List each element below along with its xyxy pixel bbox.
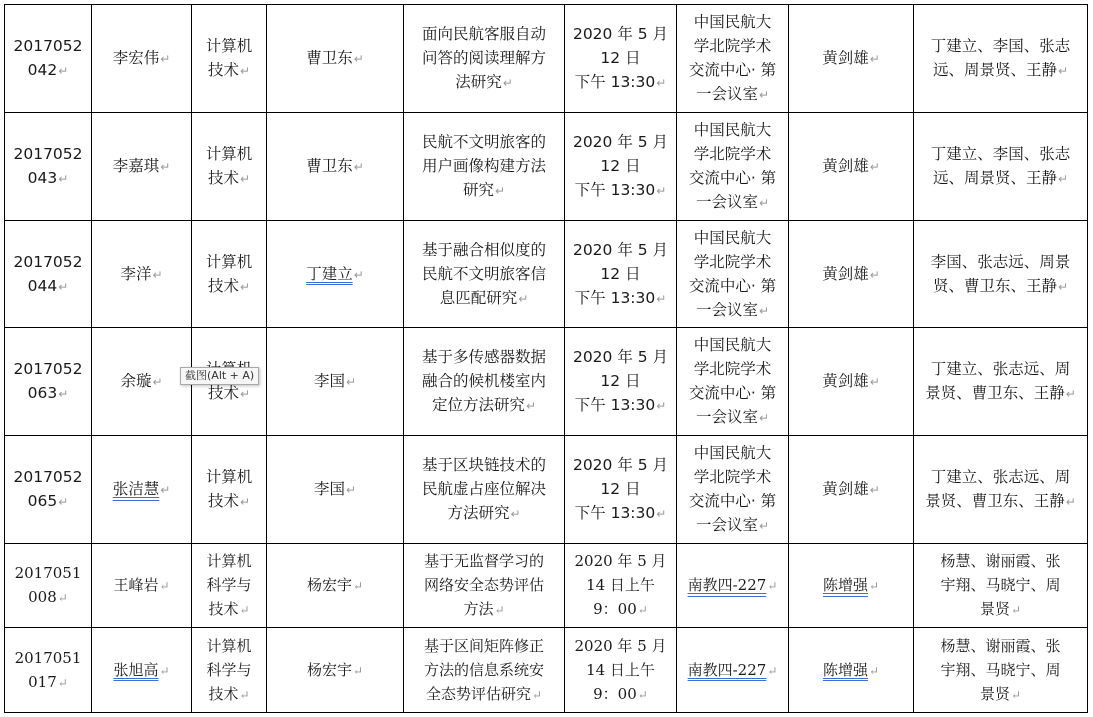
paragraph-mark-icon: ↵ [495, 184, 505, 198]
cell-text-line: 2020 年 5 月 [574, 637, 666, 655]
cell-text-line: 研究 [463, 181, 494, 199]
cell-text-line: 景贤 [980, 600, 1010, 618]
paragraph-mark-icon: ↵ [759, 519, 769, 533]
paragraph-mark-icon: ↵ [58, 280, 68, 294]
paragraph-mark-icon: ↵ [638, 688, 648, 702]
committee-members-cell[interactable]: 丁建立、张志远、周景贤、曹卫东、王静↵ [914, 436, 1088, 544]
major-cell[interactable]: 计算机技术↵ [192, 436, 267, 544]
cell-text-line: 065 [28, 492, 58, 510]
cell-text-line: 中国民航大 [694, 229, 772, 247]
cell-text-line: 计算机 [206, 253, 253, 271]
cell-text: 李国 [314, 372, 345, 390]
paragraph-mark-icon: ↵ [240, 172, 250, 186]
cell-text-line: 方法研究 [447, 504, 509, 522]
cell-text-line: 2020 年 5 月 [574, 552, 666, 570]
cell-text-line: 宇翔、马晓宁、周 [940, 576, 1060, 594]
paragraph-mark-icon: ↵ [869, 664, 879, 678]
cell-text-line: 基于融合相似度的 [422, 241, 546, 259]
cell-text: 李嘉琪 [113, 157, 160, 175]
paragraph-mark-icon: ↵ [767, 579, 777, 593]
paragraph-mark-icon: ↵ [159, 664, 169, 678]
paragraph-mark-icon: ↵ [532, 688, 542, 702]
cell-text: 黄剑雄 [822, 480, 869, 498]
paragraph-mark-icon: ↵ [58, 172, 68, 186]
cell-text-line: 技术 [208, 384, 239, 402]
paragraph-mark-icon: ↵ [160, 160, 170, 174]
advisor-cell[interactable]: 杨宏宇↵ [267, 544, 404, 628]
cell-text-line: 民航虚占座位解决 [422, 480, 546, 498]
advisor-cell[interactable]: 杨宏宇↵ [267, 628, 404, 713]
cell-text: 杨宏宇 [307, 661, 352, 679]
defense-place-cell[interactable]: 中国民航大学北院学术交流中心· 第一会议室↵ [677, 5, 789, 113]
defense-place-cell[interactable]: 中国民航大学北院学术交流中心· 第一会议室↵ [677, 221, 789, 328]
major-cell[interactable]: 计算机技术↵ [192, 113, 267, 221]
cell-text-line: 景贤、曹卫东、王静 [925, 384, 1065, 402]
advisor-cell[interactable]: 李国↵ [267, 436, 404, 544]
screenshot-tooltip: 截图(Alt + A) [180, 367, 259, 385]
cell-text-line: 法研究 [455, 73, 502, 91]
major-cell[interactable]: 计算机技术↵ [192, 221, 267, 328]
cell-text-line: 12 日 [600, 265, 640, 283]
cell-text-line: 南教四-227 [688, 661, 767, 679]
paragraph-mark-icon: ↵ [58, 387, 68, 401]
cell-text-line: 下午 13:30 [575, 396, 656, 414]
paragraph-mark-icon: ↵ [58, 64, 68, 78]
student-id-cell[interactable]: 2017051008↵ [5, 544, 92, 628]
cell-text-line: 技术 [208, 61, 239, 79]
cell-text-line: 问答的阅读理解方 [422, 49, 546, 67]
major-cell[interactable]: 计算机科学与技术↵ [192, 628, 267, 713]
cell-text-line: 全态势评估研究 [426, 685, 531, 703]
student-name-cell[interactable]: 王峰岩↵ [92, 544, 192, 628]
thesis-title-cell[interactable]: 基于融合相似度的民航不文明旅客信息匹配研究↵ [404, 221, 565, 328]
paragraph-mark-icon: ↵ [494, 603, 504, 617]
committee-members-cell[interactable]: 杨慧、谢丽霞、张宇翔、马晓宁、周景贤↵ [914, 628, 1088, 713]
cell-text-line: 14 日上午 [586, 661, 655, 679]
major-cell[interactable]: 计算机技术↵ [192, 5, 267, 113]
paragraph-mark-icon: ↵ [152, 375, 162, 389]
committee-chair-cell[interactable]: 黄剑雄↵ [789, 436, 914, 544]
cell-text-line: 丁建立、张志远、周 [931, 360, 1071, 378]
cell-text-line: 2020 年 5 月 [573, 25, 668, 43]
cell-text-line: 远、周景贤、王静 [933, 61, 1057, 79]
student-id-cell[interactable]: 2017052063↵ [5, 328, 92, 436]
cell-text-line: 学北院学术 [694, 468, 772, 486]
student-id-cell[interactable]: 2017052043↵ [5, 113, 92, 221]
defense-place-cell[interactable]: 中国民航大学北院学术交流中心· 第一会议室↵ [677, 328, 789, 436]
committee-members-cell[interactable]: 丁建立、李国、张志远、周景贤、王静↵ [914, 5, 1088, 113]
paragraph-mark-icon: ↵ [159, 579, 169, 593]
paragraph-mark-icon: ↵ [510, 507, 520, 521]
paragraph-mark-icon: ↵ [346, 483, 356, 497]
cell-text-line: 基于无监督学习的 [424, 552, 544, 570]
paragraph-mark-icon: ↵ [239, 603, 249, 617]
cell-text: 曹卫东 [306, 157, 353, 175]
committee-members-cell[interactable]: 李国、张志远、周景贤、曹卫东、王静↵ [914, 221, 1088, 328]
paragraph-mark-icon: ↵ [58, 495, 68, 509]
student-id-cell[interactable]: 2017052065↵ [5, 436, 92, 544]
paragraph-mark-icon: ↵ [1058, 64, 1068, 78]
cell-text: 陈增强 [823, 661, 868, 679]
cell-text: 王峰岩 [113, 576, 158, 594]
cell-text-line: 宇翔、马晓宁、周 [940, 661, 1060, 679]
cell-text-line: 基于区间矩阵修正 [424, 637, 544, 655]
cell-text-line: 2017052 [13, 145, 82, 163]
paragraph-mark-icon: ↵ [1058, 280, 1068, 294]
cell-text-line: 042 [28, 61, 58, 79]
table-row: 2017051017↵张旭高↵计算机科学与技术↵杨宏宇↵基于区间矩阵修正方法的信… [5, 628, 1088, 713]
advisor-cell[interactable]: 李国↵ [267, 328, 404, 436]
cell-text-line: 下午 13:30 [575, 181, 656, 199]
paragraph-mark-icon: ↵ [656, 507, 666, 521]
cell-text-line: 14 日上午 [586, 576, 655, 594]
thesis-title-cell[interactable]: 基于多传感器数据融合的候机楼室内定位方法研究↵ [404, 328, 565, 436]
committee-chair-cell[interactable]: 黄剑雄↵ [789, 5, 914, 113]
cell-text-line: 044 [28, 277, 58, 295]
committee-chair-cell[interactable]: 陈增强↵ [789, 628, 914, 713]
paragraph-mark-icon: ↵ [353, 664, 363, 678]
cell-text-line: 2017051 [15, 564, 82, 582]
cell-text-line: 交流中心· 第 [689, 61, 776, 79]
cell-text-line: 交流中心· 第 [689, 277, 776, 295]
cell-text: 李洋 [120, 265, 151, 283]
cell-text-line: 2020 年 5 月 [573, 133, 668, 151]
student-id-cell[interactable]: 2017052042↵ [5, 5, 92, 113]
cell-text-line: 技术 [208, 169, 239, 187]
table-row: 2017051008↵王峰岩↵计算机科学与技术↵杨宏宇↵基于无监督学习的网络安全… [5, 544, 1088, 628]
cell-text-line: 017 [28, 673, 57, 691]
cell-text-line: 定位方法研究 [432, 396, 525, 414]
cell-text-line: 贤、曹卫东、王静 [933, 277, 1057, 295]
paragraph-mark-icon: ↵ [656, 184, 666, 198]
cell-text: 黄剑雄 [822, 157, 869, 175]
cell-text-line: 2020 年 5 月 [573, 348, 668, 366]
cell-text-line: 下午 13:30 [575, 504, 656, 522]
cell-text-line: 12 日 [600, 157, 640, 175]
student-name-cell[interactable]: 李宏伟↵ [92, 5, 192, 113]
cell-text-line: 008 [28, 588, 57, 606]
paragraph-mark-icon: ↵ [1011, 603, 1021, 617]
paragraph-mark-icon: ↵ [354, 52, 364, 66]
paragraph-mark-icon: ↵ [870, 375, 880, 389]
paragraph-mark-icon: ↵ [240, 64, 250, 78]
committee-chair-cell[interactable]: 黄剑雄↵ [789, 328, 914, 436]
cell-text-line: 2017051 [15, 649, 82, 667]
cell-text-line: 12 日 [600, 49, 640, 67]
cell-text: 黄剑雄 [822, 49, 869, 67]
committee-chair-cell[interactable]: 陈增强↵ [789, 544, 914, 628]
paragraph-mark-icon: ↵ [759, 411, 769, 425]
paragraph-mark-icon: ↵ [1058, 172, 1068, 186]
cell-text-line: 计算机 [206, 145, 253, 163]
cell-text-line: 景贤 [980, 685, 1010, 703]
cell-text-line: 一会议室 [696, 301, 758, 319]
cell-text-line: 交流中心· 第 [689, 169, 776, 187]
student-name-cell[interactable]: 余璇↵ [92, 328, 192, 436]
cell-text-line: 2017052 [13, 253, 82, 271]
cell-text-line: 丁建立、张志远、周 [931, 468, 1071, 486]
cell-text-line: 科学与 [206, 576, 251, 594]
cell-text-line: 息匹配研究 [440, 289, 518, 307]
cell-text-line: 计算机 [206, 552, 251, 570]
cell-text-line: 技术 [208, 492, 239, 510]
cell-text-line: 12 日 [600, 480, 640, 498]
cell-text: 李国 [314, 480, 345, 498]
paragraph-mark-icon: ↵ [240, 495, 250, 509]
cell-text-line: 民航不文明旅客信 [422, 265, 546, 283]
cell-text: 余璇 [120, 372, 151, 390]
cell-text: 黄剑雄 [822, 372, 869, 390]
cell-text-line: 中国民航大 [694, 121, 772, 139]
cell-text-line: 一会议室 [696, 85, 758, 103]
paragraph-mark-icon: ↵ [152, 268, 162, 282]
committee-members-cell[interactable]: 杨慧、谢丽霞、张宇翔、马晓宁、周景贤↵ [914, 544, 1088, 628]
defense-time-cell[interactable]: 2020 年 5 月12 日下午 13:30↵ [565, 113, 677, 221]
cell-text-line: 远、周景贤、王静 [933, 169, 1057, 187]
paragraph-mark-icon: ↵ [656, 292, 666, 306]
paragraph-mark-icon: ↵ [240, 280, 250, 294]
cell-text-line: 丁建立、李国、张志 [931, 37, 1071, 55]
thesis-title-cell[interactable]: 基于无监督学习的网络安全态势评估方法↵ [404, 544, 565, 628]
cell-text-line: 学北院学术 [694, 37, 772, 55]
cell-text-line: 043 [28, 169, 58, 187]
advisor-cell[interactable]: 丁建立↵ [267, 221, 404, 328]
thesis-title-cell[interactable]: 民航不文明旅客的用户画像构建方法研究↵ [404, 113, 565, 221]
cell-text-line: 计算机 [206, 37, 253, 55]
defense-time-cell[interactable]: 2020 年 5 月12 日下午 13:30↵ [565, 5, 677, 113]
cell-text-line: 9：00 [593, 685, 637, 703]
committee-chair-cell[interactable]: 黄剑雄↵ [789, 113, 914, 221]
paragraph-mark-icon: ↵ [346, 375, 356, 389]
cell-text-line: 计算机 [206, 637, 251, 655]
defense-time-cell[interactable]: 2020 年 5 月14 日上午9：00↵ [565, 628, 677, 713]
paragraph-mark-icon: ↵ [1066, 387, 1076, 401]
paragraph-mark-icon: ↵ [518, 292, 528, 306]
student-id-cell[interactable]: 2017052044↵ [5, 221, 92, 328]
thesis-title-cell[interactable]: 面向民航客服自动问答的阅读理解方法研究↵ [404, 5, 565, 113]
major-cell[interactable]: 计算机科学与技术↵ [192, 544, 267, 628]
cell-text-line: 中国民航大 [694, 336, 772, 354]
cell-text: 丁建立 [306, 265, 353, 283]
paragraph-mark-icon: ↵ [759, 88, 769, 102]
paragraph-mark-icon: ↵ [759, 196, 769, 210]
cell-text-line: 杨慧、谢丽霞、张 [940, 552, 1060, 570]
cell-text-line: 方法的信息系统安 [424, 661, 544, 679]
committee-members-cell[interactable]: 丁建立、张志远、周景贤、曹卫东、王静↵ [914, 328, 1088, 436]
cell-text: 黄剑雄 [822, 265, 869, 283]
paragraph-mark-icon: ↵ [638, 603, 648, 617]
cell-text-line: 方法 [463, 600, 493, 618]
paragraph-mark-icon: ↵ [503, 76, 513, 90]
advisor-cell[interactable]: 曹卫东↵ [267, 113, 404, 221]
cell-text-line: 一会议室 [696, 193, 758, 211]
paragraph-mark-icon: ↵ [870, 268, 880, 282]
paragraph-mark-icon: ↵ [58, 591, 68, 605]
defense-place-cell[interactable]: 南教四-227↵ [677, 544, 789, 628]
defense-place-cell[interactable]: 中国民航大学北院学术交流中心· 第一会议室↵ [677, 436, 789, 544]
cell-text-line: 基于多传感器数据 [422, 348, 546, 366]
cell-text-line: 063 [28, 384, 58, 402]
cell-text: 杨宏宇 [307, 576, 352, 594]
cell-text-line: 2017052 [13, 37, 82, 55]
table-row: 2017052043↵李嘉琪↵计算机技术↵曹卫东↵民航不文明旅客的用户画像构建方… [5, 113, 1088, 221]
cell-text-line: 南教四-227 [688, 576, 767, 594]
paragraph-mark-icon: ↵ [656, 76, 666, 90]
table-row: 2017052065↵张洁慧↵计算机技术↵李国↵基于区块链技术的民航虚占座位解决… [5, 436, 1088, 544]
student-id-cell[interactable]: 2017051017↵ [5, 628, 92, 713]
paragraph-mark-icon: ↵ [354, 268, 364, 282]
cell-text-line: 网络安全态势评估 [424, 576, 544, 594]
paragraph-mark-icon: ↵ [870, 160, 880, 174]
defense-time-cell[interactable]: 2020 年 5 月14 日上午9：00↵ [565, 544, 677, 628]
cell-text-line: 计算机 [206, 468, 253, 486]
paragraph-mark-icon: ↵ [239, 688, 249, 702]
cell-text-line: 技术 [208, 600, 238, 618]
paragraph-mark-icon: ↵ [240, 387, 250, 401]
paragraph-mark-icon: ↵ [58, 676, 68, 690]
cell-text-line: 民航不文明旅客的 [422, 133, 546, 151]
committee-members-cell[interactable]: 丁建立、李国、张志远、周景贤、王静↵ [914, 113, 1088, 221]
cell-text-line: 融合的候机楼室内 [422, 372, 546, 390]
student-name-cell[interactable]: 李洋↵ [92, 221, 192, 328]
cell-text: 李宏伟 [113, 49, 160, 67]
cell-text-line: 9：00 [593, 600, 637, 618]
paragraph-mark-icon: ↵ [353, 579, 363, 593]
cell-text-line: 2017052 [13, 468, 82, 486]
paragraph-mark-icon: ↵ [160, 483, 170, 497]
cell-text-line: 交流中心· 第 [689, 384, 776, 402]
paragraph-mark-icon: ↵ [354, 160, 364, 174]
cell-text-line: 技术 [208, 277, 239, 295]
student-name-cell[interactable]: 张旭高↵ [92, 628, 192, 713]
paragraph-mark-icon: ↵ [870, 483, 880, 497]
paragraph-mark-icon: ↵ [767, 664, 777, 678]
committee-chair-cell[interactable]: 黄剑雄↵ [789, 221, 914, 328]
paragraph-mark-icon: ↵ [759, 304, 769, 318]
cell-text-line: 基于区块链技术的 [422, 456, 546, 474]
defense-schedule-table: 2017052042↵李宏伟↵计算机技术↵曹卫东↵面向民航客服自动问答的阅读理解… [4, 4, 1088, 713]
paragraph-mark-icon: ↵ [526, 399, 536, 413]
cell-text-line: 一会议室 [696, 516, 758, 534]
student-name-cell[interactable]: 李嘉琪↵ [92, 113, 192, 221]
paragraph-mark-icon: ↵ [1066, 495, 1076, 509]
thesis-title-cell[interactable]: 基于区间矩阵修正方法的信息系统安全态势评估研究↵ [404, 628, 565, 713]
cell-text-line: 下午 13:30 [575, 73, 656, 91]
cell-text-line: 学北院学术 [694, 145, 772, 163]
cell-text-line: 2020 年 5 月 [573, 241, 668, 259]
cell-text-line: 一会议室 [696, 408, 758, 426]
defense-time-cell[interactable]: 2020 年 5 月12 日下午 13:30↵ [565, 221, 677, 328]
cell-text-line: 12 日 [600, 372, 640, 390]
table-row: 2017052044↵李洋↵计算机技术↵丁建立↵基于融合相似度的民航不文明旅客信… [5, 221, 1088, 328]
defense-place-cell[interactable]: 南教四-227↵ [677, 628, 789, 713]
paragraph-mark-icon: ↵ [870, 52, 880, 66]
defense-place-cell[interactable]: 中国民航大学北院学术交流中心· 第一会议室↵ [677, 113, 789, 221]
cell-text: 张旭高 [113, 661, 158, 679]
paragraph-mark-icon: ↵ [869, 579, 879, 593]
cell-text-line: 景贤、曹卫东、王静 [925, 492, 1065, 510]
table-row: 2017052063↵余璇↵计算机技术↵李国↵基于多传感器数据融合的候机楼室内定… [5, 328, 1088, 436]
cell-text-line: 杨慧、谢丽霞、张 [940, 637, 1060, 655]
cell-text-line: 2020 年 5 月 [573, 456, 668, 474]
cell-text-line: 中国民航大 [694, 444, 772, 462]
table-row: 2017052042↵李宏伟↵计算机技术↵曹卫东↵面向民航客服自动问答的阅读理解… [5, 5, 1088, 113]
student-name-cell[interactable]: 张洁慧↵ [92, 436, 192, 544]
cell-text-line: 面向民航客服自动 [422, 25, 546, 43]
cell-text: 张洁慧 [113, 480, 160, 498]
thesis-title-cell[interactable]: 基于区块链技术的民航虚占座位解决方法研究↵ [404, 436, 565, 544]
advisor-cell[interactable]: 曹卫东↵ [267, 5, 404, 113]
cell-text-line: 丁建立、李国、张志 [931, 145, 1071, 163]
cell-text-line: 李国、张志远、周景 [931, 253, 1071, 271]
defense-time-cell[interactable]: 2020 年 5 月12 日下午 13:30↵ [565, 436, 677, 544]
paragraph-mark-icon: ↵ [160, 52, 170, 66]
cell-text-line: 学北院学术 [694, 253, 772, 271]
cell-text: 曹卫东 [306, 49, 353, 67]
cell-text-line: 用户画像构建方法 [422, 157, 546, 175]
defense-time-cell[interactable]: 2020 年 5 月12 日下午 13:30↵ [565, 328, 677, 436]
cell-text-line: 下午 13:30 [575, 289, 656, 307]
cell-text-line: 学北院学术 [694, 360, 772, 378]
cell-text-line: 技术 [208, 685, 238, 703]
cell-text: 陈增强 [823, 576, 868, 594]
cell-text-line: 中国民航大 [694, 13, 772, 31]
cell-text-line: 科学与 [206, 661, 251, 679]
cell-text-line: 2017052 [13, 360, 82, 378]
cell-text-line: 交流中心· 第 [689, 492, 776, 510]
paragraph-mark-icon: ↵ [1011, 688, 1021, 702]
paragraph-mark-icon: ↵ [656, 399, 666, 413]
